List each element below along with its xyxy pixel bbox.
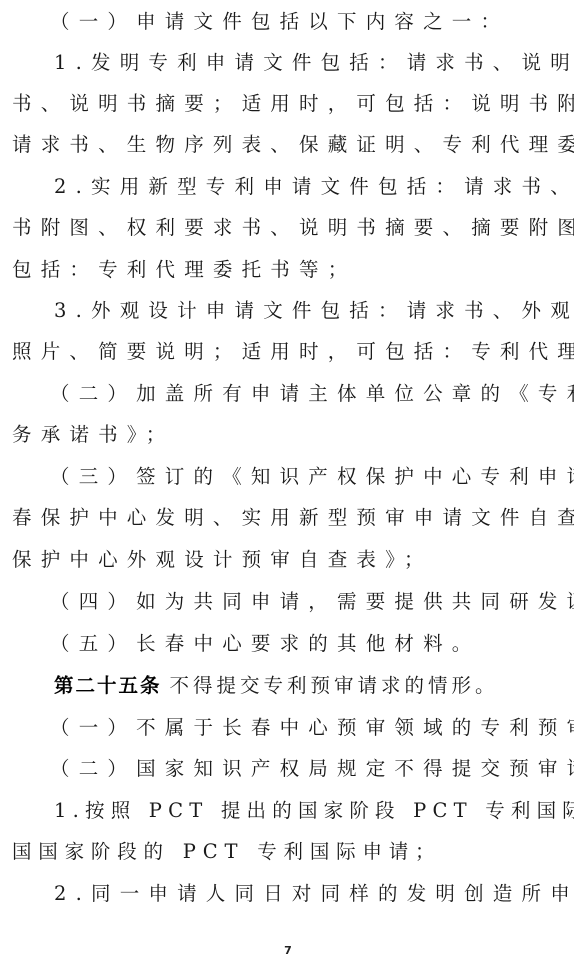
paragraph-line: （二）加盖所有申请主体单位公章的《专利申请预审服: [50, 379, 574, 409]
paragraph-line: （三）签订的《知识产权保护中心专利申请须知》和《长: [50, 462, 574, 492]
article-number: 第二十五条: [54, 674, 162, 697]
paragraph-line: （五）长春中心要求的其他材料。: [50, 629, 574, 659]
paragraph-line: 务承诺书》；: [12, 420, 572, 450]
paragraph-line: 照片、简要说明；适用时，可包括：专利代理委托书等；: [12, 337, 572, 367]
paragraph-line: 请求书、生物序列表、保藏证明、专利代理委托书等；: [12, 130, 572, 160]
paragraph-line: 2.同一申请人同日对同样的发明创造所申请的实用新: [54, 879, 574, 909]
paragraph-line: （一）不属于长春中心预审领域的专利预审请求；: [50, 713, 574, 743]
paragraph-line: 春保护中心发明、实用新型预审申请文件自查表》或《长春: [12, 503, 572, 533]
paragraph-line: 国国家阶段的 PCT 专利国际申请；: [12, 837, 572, 867]
page-number: 7: [282, 944, 294, 957]
paragraph-line: 包括：专利代理委托书等；: [12, 255, 572, 285]
paragraph-line: 书、说明书摘要；适用时，可包括：说明书附图、实质审查: [12, 89, 572, 119]
paragraph-line: 1.按照 PCT 提出的国家阶段 PCT 专利国际申请、进入中: [54, 796, 574, 826]
paragraph-line: 书附图、权利要求书、说明书摘要、摘要附图；适用时，可: [12, 213, 572, 243]
paragraph-line: 2.实用新型专利申请文件包括：请求书、说明书、说明: [54, 172, 574, 202]
document-page: （一）申请文件包括以下内容之一： 1.发明专利申请文件包括：请求书、说明书、权利…: [0, 0, 574, 965]
paragraph-line: 3.外观设计申请文件包括：请求书、外观设计的图片或: [54, 296, 574, 326]
paragraph-line: （四）如为共同申请，需要提供共同研发证明；: [50, 587, 574, 617]
paragraph-line: 保护中心外观设计预审自查表》；: [12, 545, 572, 575]
paragraph-line: 1.发明专利申请文件包括：请求书、说明书、权利要求: [54, 48, 574, 78]
article-title: 不得提交专利预审请求的情形。: [170, 674, 499, 697]
paragraph-line: （二）国家知识产权局规定不得提交预审请求的情形：: [50, 754, 574, 784]
paragraph-line: （一）申请文件包括以下内容之一：: [50, 7, 574, 37]
article-heading: 第二十五条不得提交专利预审请求的情形。: [54, 671, 574, 701]
